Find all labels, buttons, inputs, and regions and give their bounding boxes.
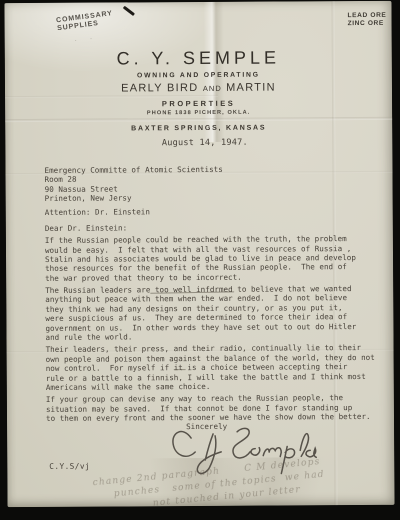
letter-paper: COMMISSARY SUPPLIES . . LEAD ORE ZINC OR… bbox=[4, 1, 394, 507]
properties-part1: EARLY BIRD bbox=[121, 82, 198, 94]
properties-and: AND bbox=[203, 84, 222, 93]
typed-line: the war proved that theory to be incorre… bbox=[45, 272, 385, 283]
paragraph-2: The Russian leaders are too well infdrme… bbox=[45, 284, 385, 343]
ore-listing: LEAD ORE ZINC ORE bbox=[348, 12, 387, 28]
typed-line: Prineton, New Jersy bbox=[45, 192, 385, 203]
ore-line: LEAD ORE bbox=[348, 12, 387, 20]
fold-crease bbox=[5, 95, 218, 98]
properties-part2: MARTIN bbox=[226, 82, 276, 94]
ore-line: ZINC ORE bbox=[348, 20, 387, 28]
typed-line: Americans will make the same choice. bbox=[46, 381, 386, 392]
letter-body: Emergency Committe of Atomic ScientistsR… bbox=[44, 164, 386, 433]
attention-line: Attention: Dr. Einstein bbox=[45, 206, 385, 217]
photo-background: { "stamps": { "commissary": { "line1": "… bbox=[0, 0, 400, 520]
paragraph-3: Their leaders, their press, and their ra… bbox=[46, 343, 386, 392]
paragraph-4: If your group can devise any way to reac… bbox=[46, 393, 386, 423]
recipient-address: Emergency Committe of Atomic ScientistsR… bbox=[44, 164, 384, 204]
typed-line: and rule the world. bbox=[45, 331, 385, 342]
company-name: C. Y. SEMPLE bbox=[5, 47, 392, 70]
paragraph-1: If the Russian people could be reached w… bbox=[45, 234, 385, 283]
typist-initials: C.Y.S/vj bbox=[49, 462, 90, 471]
properties-name: EARLY BIRD AND MARTIN bbox=[5, 81, 392, 95]
salutation: Dear Dr. Einstein: bbox=[45, 222, 385, 233]
letter-date: August 14, 1947. bbox=[11, 137, 398, 149]
